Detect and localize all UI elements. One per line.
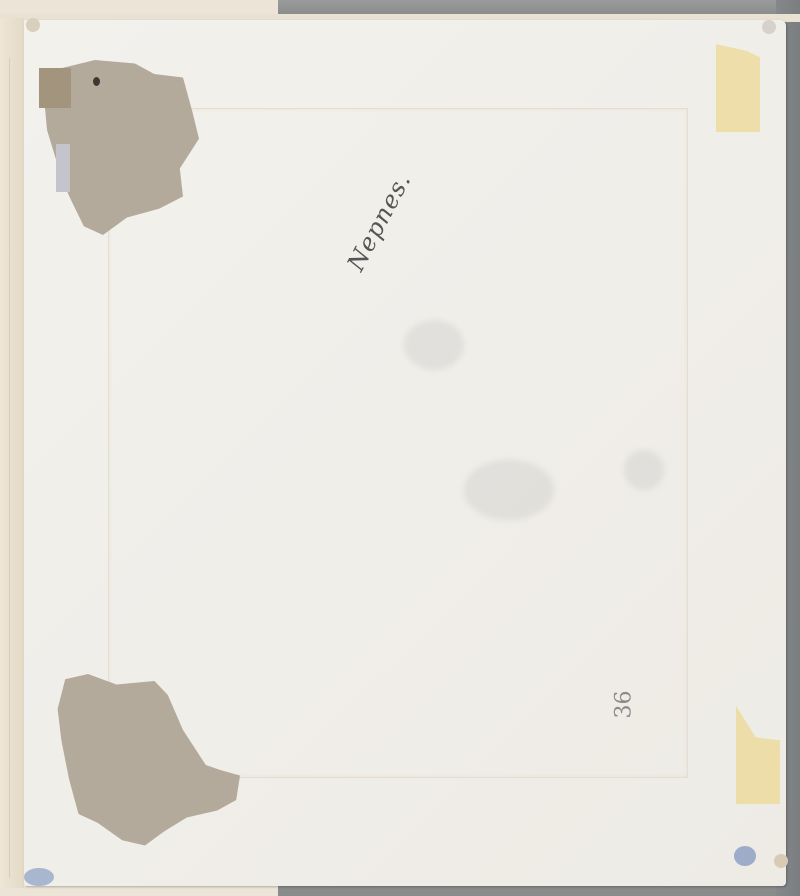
ink-dot <box>93 77 100 86</box>
adhesive-tape-top-right <box>716 44 760 132</box>
foxing-stain <box>624 450 664 490</box>
blue-stain-bottom-right <box>734 846 756 866</box>
blue-paper-fragment <box>56 144 70 192</box>
foxing-stain <box>464 460 554 520</box>
corner-wear-top-right <box>762 20 776 34</box>
board-edge-line <box>9 58 10 878</box>
paper-sheet-verso: Nepnes. 36 <box>24 20 786 886</box>
blue-stain-bottom-left <box>24 868 54 886</box>
corner-wear-bottom-right <box>774 854 788 868</box>
foxing-stain <box>404 320 464 370</box>
corner-wear-top-left <box>26 18 40 32</box>
underlying-board-left-edge <box>0 18 24 888</box>
adhesive-tape-bottom-right <box>736 706 780 804</box>
pencil-number: 36 <box>612 691 637 719</box>
stain-top-left <box>39 68 71 108</box>
